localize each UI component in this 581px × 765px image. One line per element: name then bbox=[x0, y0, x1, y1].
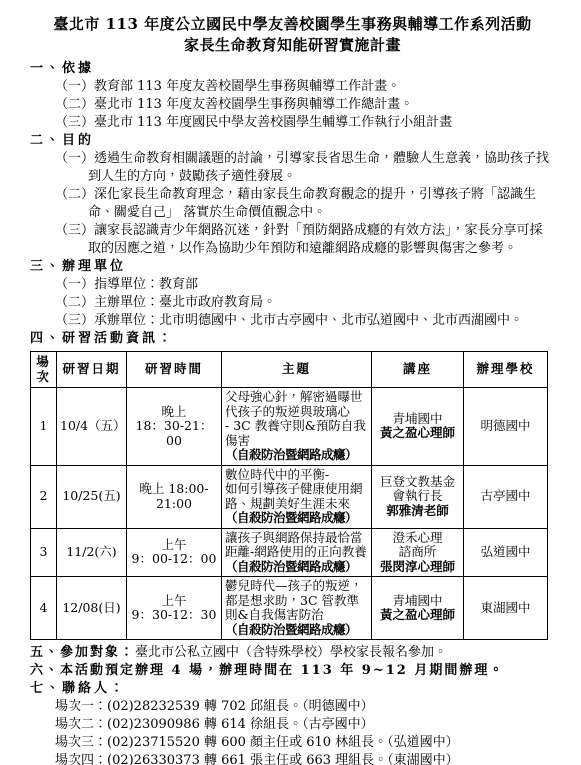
session-topic: 數位時代中的平衡- 如何引導孩子健康使用網路、規劃美好生涯未來 （自殺防治暨網路… bbox=[222, 465, 372, 528]
title-line-1: 臺北市 113 年度公立國民中學友善校園學生事務與輔導工作系列活動 bbox=[53, 15, 531, 33]
session-speaker: 巨登文教基金 會執行長 郭雅清老師 bbox=[372, 465, 464, 528]
session-no: 1 bbox=[31, 388, 57, 466]
session-speaker: 青埔國中 黃之盈心理師 bbox=[372, 388, 464, 466]
organizer-item: （一）指導單位：教育部 bbox=[30, 276, 555, 294]
speaker-org: 青埔國中 bbox=[375, 412, 460, 427]
title-line-2: 家長生命教育知能研習實施計畫 bbox=[184, 36, 401, 54]
table-row: 2 10/25(五) 晚上 18:00- 21:00 數位時代中的平衡- 如何引… bbox=[31, 465, 548, 528]
contact-line: 場次一：(02)28232539 轉 702 邱組長。（明德國中） bbox=[30, 698, 555, 716]
speaker-org: 會執行長 bbox=[375, 489, 460, 504]
session-time: 晚上 18:00- 21:00 bbox=[127, 465, 222, 528]
topic-text: 父母強心針，解密過曝世代孩子的叛逆與玻璃心 bbox=[225, 390, 368, 419]
participants-text: 臺北市公私立國中（含特殊學校）學校家長報名參加。 bbox=[135, 645, 447, 660]
time-line: 晚上 18:00- bbox=[130, 482, 218, 497]
contact-line: 場次三：(02)23715520 轉 600 顏主任或 610 林組長。（弘道國… bbox=[30, 734, 555, 752]
topic-category: （自殺防治暨網路成癮） bbox=[225, 448, 368, 463]
time-line: 晚上 bbox=[130, 405, 218, 420]
section-heading-purpose: 二、目的 bbox=[30, 132, 555, 150]
header-date: 研習日期 bbox=[57, 352, 127, 388]
section-heading-info: 四、研習活動資訊： bbox=[30, 330, 555, 348]
session-time: 晚上 18：30-21：00 bbox=[127, 388, 222, 466]
speaker-name: 張閔淳心理師 bbox=[375, 560, 460, 575]
section-heading-organizers: 三、辦理單位 bbox=[30, 258, 555, 276]
session-speaker: 青埔國中 黃之盈心理師 bbox=[372, 577, 464, 640]
speaker-name: 黃之盈心理師 bbox=[375, 608, 460, 623]
topic-category: （自殺防治暨網路成癮） bbox=[225, 623, 368, 638]
purpose-item: （二）深化家長生命教育理念，藉由家長生命教育觀念的提升，引導孩子將「認識生命、關… bbox=[30, 186, 555, 222]
header-session-no: 場次 bbox=[31, 352, 57, 388]
time-line: 9：00-12：00 bbox=[130, 552, 218, 567]
speaker-org: 澄禾心理 bbox=[375, 531, 460, 546]
session-date: 10/25(五) bbox=[57, 465, 127, 528]
basis-item: （三）臺北市 113 年度國民中學友善校園學生輔導工作執行小組計畫 bbox=[30, 114, 555, 132]
header-time: 研習時間 bbox=[127, 352, 222, 388]
purpose-item: （三）讓家長認識青少年網路沉迷，針對「預防網路成癮的有效方法」，家長分享可採取的… bbox=[30, 222, 555, 258]
session-no: 2 bbox=[31, 465, 57, 528]
speaker-org: 諮商所 bbox=[375, 545, 460, 560]
session-speaker: 澄禾心理 諮商所 張閔淳心理師 bbox=[372, 528, 464, 577]
speaker-org: 青埔國中 bbox=[375, 594, 460, 609]
topic-text: 數位時代中的平衡- bbox=[225, 468, 368, 483]
speaker-org: 巨登文教基金 bbox=[375, 475, 460, 490]
table-row: 1 10/4（五） 晚上 18：30-21：00 父母強心針，解密過曝世代孩子的… bbox=[31, 388, 548, 466]
session-date: 11/2(六) bbox=[57, 528, 127, 577]
contact-line: 場次二：(02)23090986 轉 614 徐組長。（古亭國中） bbox=[30, 716, 555, 734]
session-school: 弘道國中 bbox=[464, 528, 548, 577]
section-heading-contacts: 七、聯絡人： bbox=[30, 680, 555, 698]
session-school: 古亭國中 bbox=[464, 465, 548, 528]
participants-label: 五、參加對象： bbox=[30, 645, 135, 660]
header-school: 辦理學校 bbox=[464, 352, 548, 388]
document-title: 臺北市 113 年度公立國民中學友善校園學生事務與輔導工作系列活動 家長生命教育… bbox=[30, 14, 555, 56]
session-no: 3 bbox=[31, 528, 57, 577]
topic-text: 讓孩子與網路保持最恰當距離-網路使用的正向教養 bbox=[225, 531, 368, 560]
speaker-name: 郭雅清老師 bbox=[375, 504, 460, 519]
table-header-row: 場次 研習日期 研習時間 主題 講座 辦理學校 bbox=[31, 352, 548, 388]
session-topic: 父母強心針，解密過曝世代孩子的叛逆與玻璃心 - 3C 教養守則&預防自我傷害 （… bbox=[222, 388, 372, 466]
session-school: 東湖國中 bbox=[464, 577, 548, 640]
organizer-item: （三）承辦單位：北市明德國中、北市古亭國中、北市弘道國中、北市西湖國中。 bbox=[30, 312, 555, 330]
header-speaker: 講座 bbox=[372, 352, 464, 388]
purpose-item: （一）透過生命教育相關議題的討論，引導家長省思生命，體驗人生意義，協助孩子找到人… bbox=[30, 150, 555, 186]
session-topic: 讓孩子與網路保持最恰當距離-網路使用的正向教養 （自殺防治暨網路成癮） bbox=[222, 528, 372, 577]
time-line: 9：30-12：30 bbox=[130, 608, 218, 623]
time-line: 18：30-21：00 bbox=[130, 419, 218, 448]
section-heading-basis: 一、依據 bbox=[30, 60, 555, 78]
time-line: 上午 bbox=[130, 538, 218, 553]
topic-category: （自殺防治暨網路成癮） bbox=[225, 511, 368, 526]
contact-line: 場次四：(02)26330373 轉 661 張主任或 663 理組長。（東湖國… bbox=[30, 752, 555, 765]
table-row: 3 11/2(六) 上午 9：00-12：00 讓孩子與網路保持最恰當距離-網路… bbox=[31, 528, 548, 577]
participants-line: 五、參加對象：臺北市公私立國中（含特殊學校）學校家長報名參加。 bbox=[30, 644, 555, 662]
time-line: 上午 bbox=[130, 594, 218, 609]
topic-text: 鬱兒時代—孩子的叛逆，都是想求助，3C 管教準則&自我傷害防治 bbox=[225, 579, 368, 623]
basis-item: （一）教育部 113 年度友善校園學生事務與輔導工作計畫。 bbox=[30, 78, 555, 96]
time-line: 21:00 bbox=[130, 497, 218, 512]
organizer-item: （二）主辦單位：臺北市政府教育局。 bbox=[30, 294, 555, 312]
speaker-name: 黃之盈心理師 bbox=[375, 426, 460, 441]
document-page: 臺北市 113 年度公立國民中學友善校園學生事務與輔導工作系列活動 家長生命教育… bbox=[0, 0, 581, 765]
session-date: 10/4（五） bbox=[57, 388, 127, 466]
topic-text: 如何引導孩子健康使用網路、規劃美好生涯未來 bbox=[225, 482, 368, 511]
topic-category: （自殺防治暨網路成癮） bbox=[225, 560, 368, 575]
schedule-table: 場次 研習日期 研習時間 主題 講座 辦理學校 1 10/4（五） 晚上 18：… bbox=[30, 351, 548, 640]
session-time: 上午 9：30-12：30 bbox=[127, 577, 222, 640]
session-date: 12/08(日) bbox=[57, 577, 127, 640]
topic-text: - 3C 教養守則&預防自我傷害 bbox=[225, 419, 368, 448]
session-time: 上午 9：00-12：00 bbox=[127, 528, 222, 577]
table-row: 4 12/08(日) 上午 9：30-12：30 鬱兒時代—孩子的叛逆，都是想求… bbox=[31, 577, 548, 640]
session-no: 4 bbox=[31, 577, 57, 640]
session-topic: 鬱兒時代—孩子的叛逆，都是想求助，3C 管教準則&自我傷害防治 （自殺防治暨網路… bbox=[222, 577, 372, 640]
basis-item: （二）臺北市 113 年度友善校園學生事務與輔導工作總計畫。 bbox=[30, 96, 555, 114]
header-topic: 主題 bbox=[222, 352, 372, 388]
session-school: 明德國中 bbox=[464, 388, 548, 466]
schedule-note-line: 六、本活動預定辦理 4 場，辦理時間在 113 年 9~12 月期間辦理。 bbox=[30, 662, 555, 680]
